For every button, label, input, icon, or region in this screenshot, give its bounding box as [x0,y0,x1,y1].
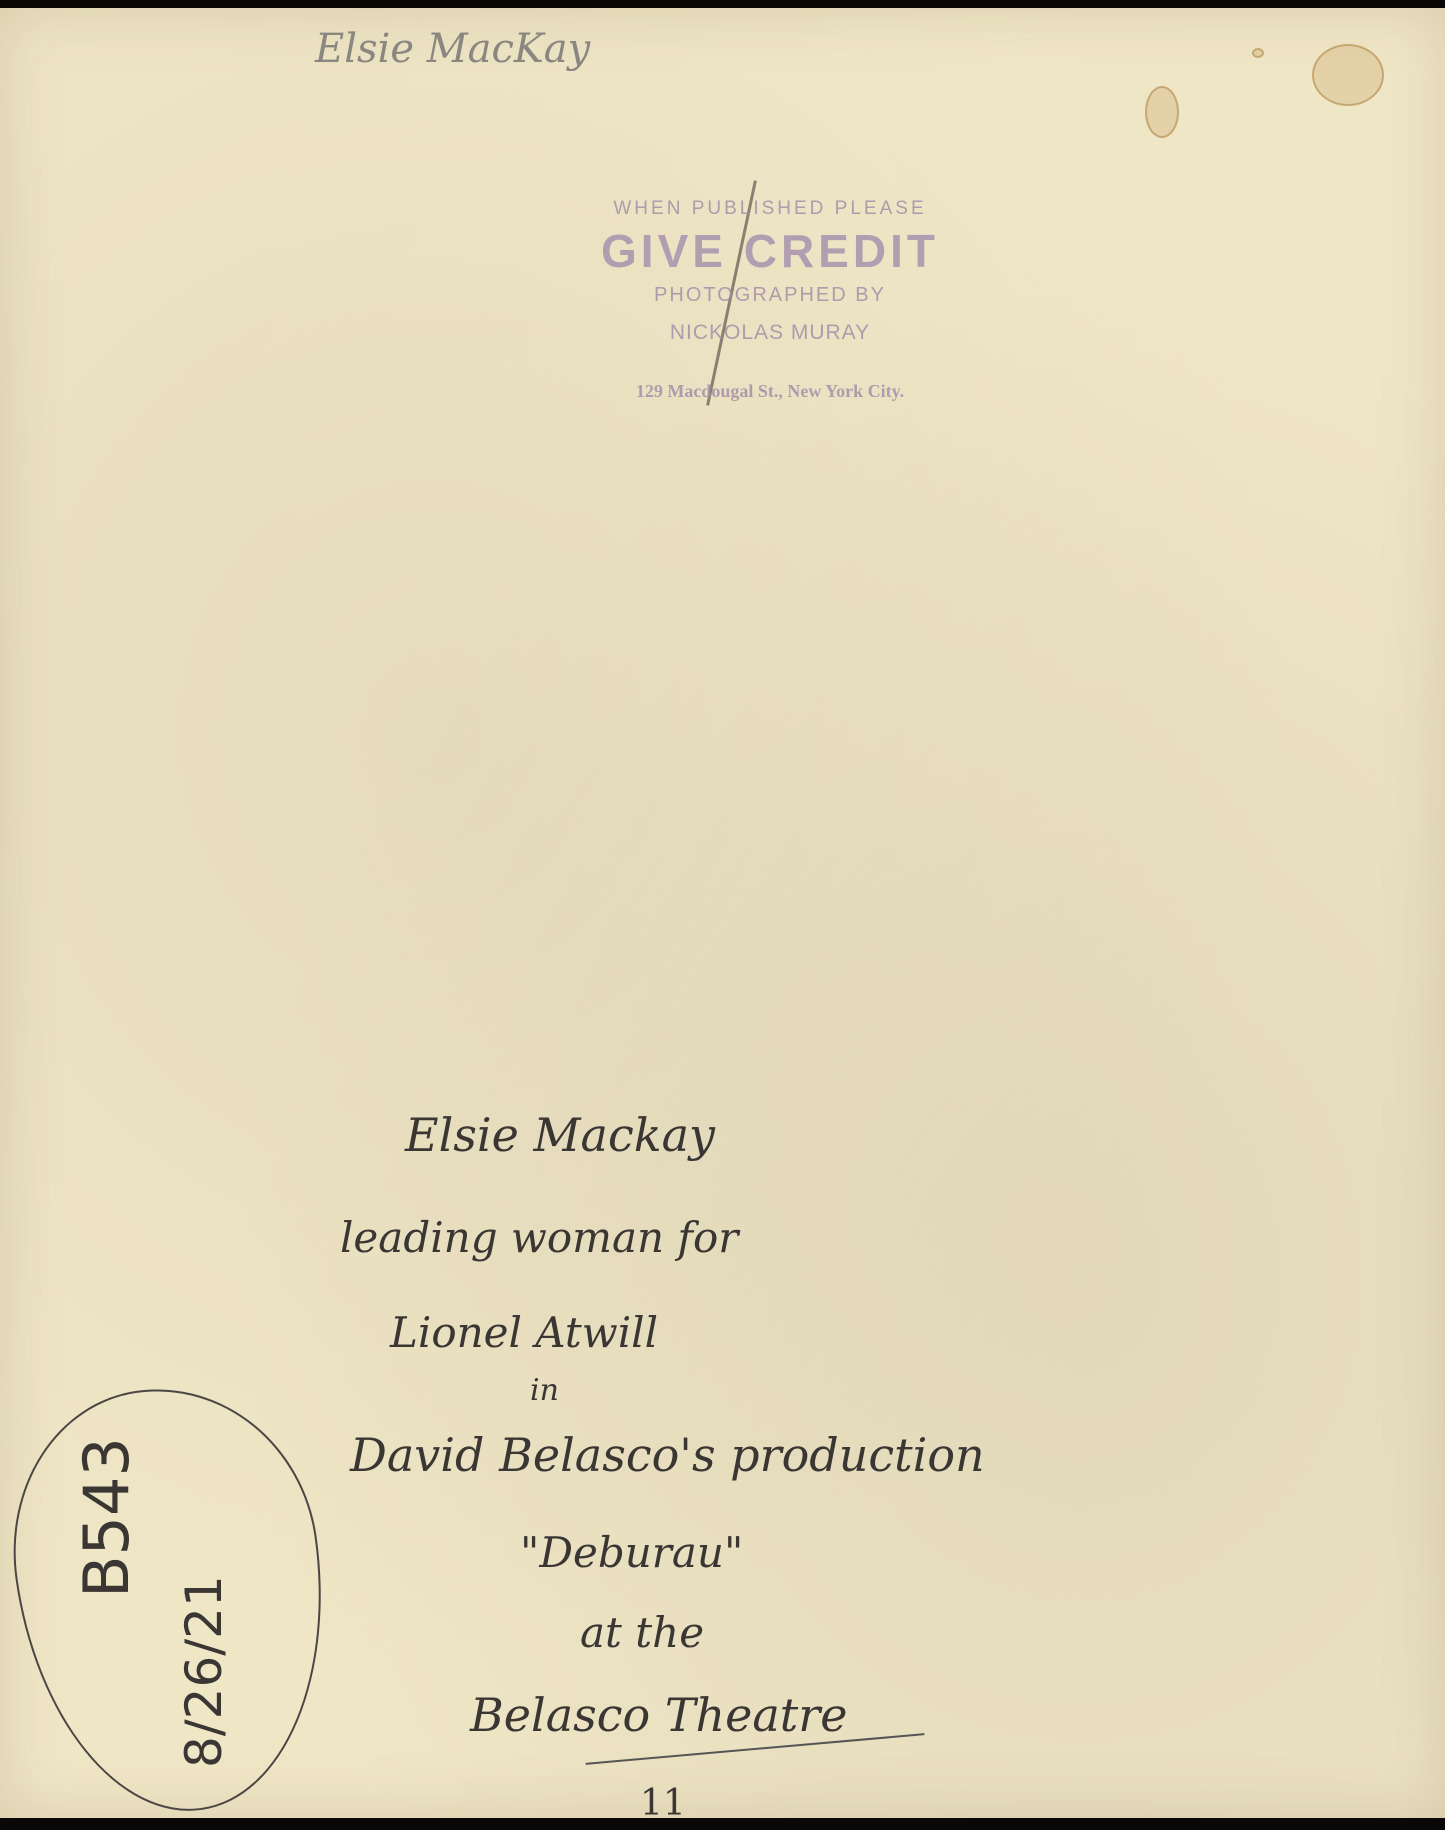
caption-line: at the [580,1608,704,1657]
caption-line: Belasco Theatre [470,1688,848,1742]
caption-line: in [530,1373,559,1408]
caption-line: David Belasco's production [350,1428,985,1482]
stamp-line-4: NICKOLAS MURAY [560,321,980,345]
stamp-line-5: 129 Macdougal St., New York City. [560,381,980,402]
caption-line: leading woman for [340,1213,738,1262]
caption-line: 11 [640,1783,686,1824]
top-inscription: Elsie MacKay [315,26,590,72]
stain-spot-2 [1312,44,1384,106]
stamp-line-1: WHEN PUBLISHED PLEASE [560,198,980,220]
caption-line: Lionel Atwill [390,1308,658,1357]
photographer-credit-stamp: WHEN PUBLISHED PLEASE GIVE CREDIT PHOTOG… [560,198,980,402]
caption-line: Elsie Mackay [405,1108,715,1162]
reference-date: 8/26/21 [175,1575,233,1768]
stain-spot-1 [1145,86,1179,138]
stamp-line-3: PHOTOGRAPHED BY [560,284,980,307]
stain-spot-3 [1252,48,1264,58]
caption-line: "Deburau" [520,1528,743,1577]
photo-verso: Elsie MacKay WHEN PUBLISHED PLEASE GIVE … [0,8,1445,1818]
stamp-line-2: GIVE CREDIT [560,224,980,278]
reference-number: B543 [70,1437,143,1598]
